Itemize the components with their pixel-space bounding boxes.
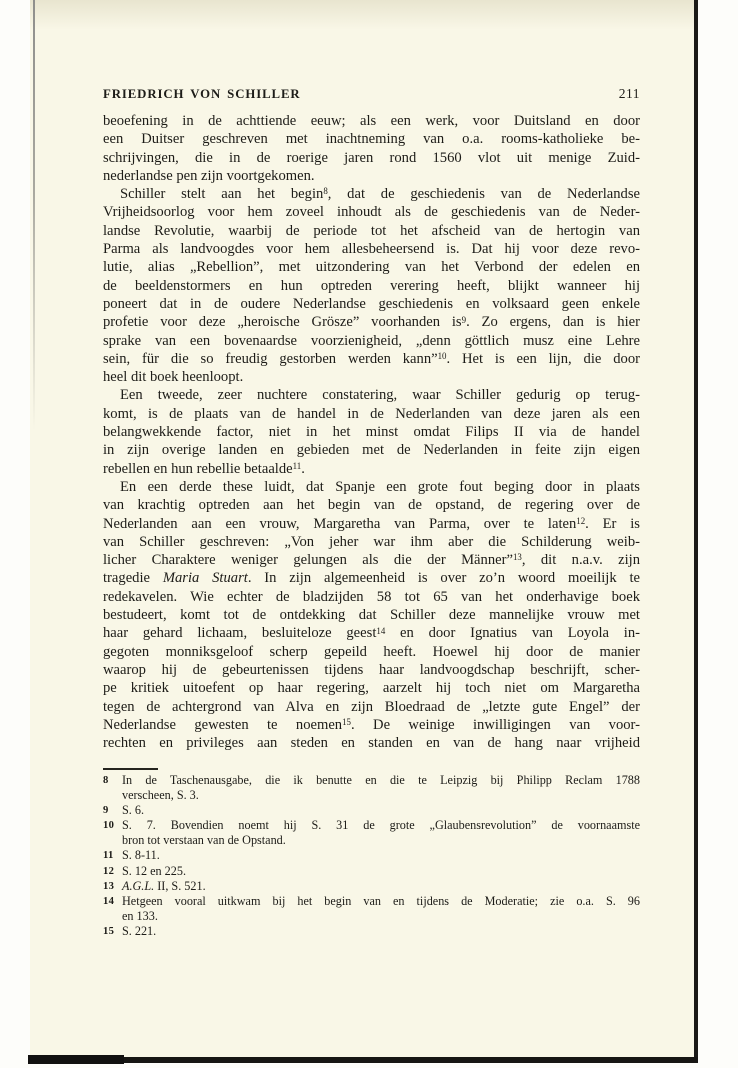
scanned-book-page: FRIEDRICH VON SCHILLER 211 beoefening in… bbox=[0, 0, 738, 1068]
footnote-text: S. 8-11. bbox=[122, 848, 640, 863]
text-line: de beeldenstormers en hun optreden verer… bbox=[103, 277, 640, 295]
scan-edge-bottom bbox=[28, 1057, 698, 1063]
footnote: 8In de Taschenausgabe, die ik benutte en… bbox=[103, 773, 640, 803]
footnote-number: 11 bbox=[103, 848, 122, 863]
text-line: En een derde these luidt, dat Spanje een… bbox=[103, 478, 640, 496]
text-line: landse Revolutie, waarbij de periode tot… bbox=[103, 222, 640, 240]
text-line: tegen de achtergrond van Alva en zijn Bl… bbox=[103, 698, 640, 716]
footnote-reference: 9 bbox=[462, 315, 466, 325]
text-line: komt, is de plaats van de handel in de N… bbox=[103, 405, 640, 423]
body-text: beoefening in de achttiende eeuw; als ee… bbox=[103, 112, 640, 752]
text-line: S. 6. bbox=[122, 803, 640, 818]
text-line: S. 221. bbox=[122, 924, 640, 939]
italic-title: Maria Stuart bbox=[163, 570, 248, 586]
body-paragraph: En een derde these luidt, dat Spanje een… bbox=[103, 478, 640, 752]
footnote-text: Hetgeen vooral uitkwam bij het begin van… bbox=[122, 894, 640, 924]
text-line: Nederlandse gewesten te noemen15. De wei… bbox=[103, 716, 640, 734]
page-number: 211 bbox=[619, 86, 640, 102]
footnote-number: 12 bbox=[103, 864, 122, 879]
text-line: rechten en privileges aan steden en stan… bbox=[103, 734, 640, 752]
footnotes-block: 8In de Taschenausgabe, die ik benutte en… bbox=[103, 773, 640, 939]
footnote: 10S. 7. Bovendien noemt hij S. 31 de gro… bbox=[103, 818, 640, 848]
text-line: en 133. bbox=[122, 909, 640, 924]
text-line: beoefening in de achttiende eeuw; als ee… bbox=[103, 112, 640, 130]
footnote-text: S. 12 en 225. bbox=[122, 864, 640, 879]
text-line: poneert dat in de oudere Nederlandse ges… bbox=[103, 295, 640, 313]
text-line: lutie, alias „Rebellion”, met uitzonderi… bbox=[103, 258, 640, 276]
text-line: in zijn overige landen en gebieden met d… bbox=[103, 441, 640, 459]
footnote-text: S. 221. bbox=[122, 924, 640, 939]
footnote-reference: 14 bbox=[376, 626, 385, 636]
text-line: S. 8-11. bbox=[122, 848, 640, 863]
text-line: redekavelen. Wie echter de bladzijden 58… bbox=[103, 588, 640, 606]
footnote: 13A.G.L. II, S. 521. bbox=[103, 879, 640, 894]
text-line: bestudeert, komt tot de ontdekking dat S… bbox=[103, 606, 640, 624]
text-line: licher Charaktere weniger gelungen als d… bbox=[103, 551, 640, 569]
footnote-reference: 8 bbox=[323, 186, 327, 196]
footnote-number: 9 bbox=[103, 803, 122, 818]
paper-sheet: FRIEDRICH VON SCHILLER 211 beoefening in… bbox=[30, 0, 698, 1063]
text-line: schrijvingen, die in de roerige jaren ro… bbox=[103, 149, 640, 167]
text-line: haar gehard lichaam, besluiteloze geest1… bbox=[103, 624, 640, 642]
footnote: 15S. 221. bbox=[103, 924, 640, 939]
text-line: Parma als landvoogdes voor hem allesbehe… bbox=[103, 240, 640, 258]
text-line: pe kritiek uitoefent op haar regering, a… bbox=[103, 679, 640, 697]
text-line: van krachtig optreden aan het begin van … bbox=[103, 496, 640, 514]
text-line: nederlandse pen zijn voortgekomen. bbox=[103, 167, 640, 185]
footnote: 14Hetgeen vooral uitkwam bij het begin v… bbox=[103, 894, 640, 924]
text-line: van Schiller geschreven: „Von jeher war … bbox=[103, 533, 640, 551]
footnote-number: 14 bbox=[103, 894, 122, 924]
text-line: belangwekkende factor, niet in het minst… bbox=[103, 423, 640, 441]
text-line: Een tweede, zeer nuchtere constatering, … bbox=[103, 386, 640, 404]
text-line: sein, für die so freudig gestorben werde… bbox=[103, 350, 640, 368]
text-line: sprake van een bovenaardse voorzienighei… bbox=[103, 332, 640, 350]
scan-edge-bottom-left bbox=[28, 1055, 124, 1064]
text-line: Vrijheidsoorlog voor hem zoveel inhoudt … bbox=[103, 203, 640, 221]
footnote-number: 15 bbox=[103, 924, 122, 939]
text-line: heel dit boek heenloopt. bbox=[103, 368, 640, 386]
running-header-title: FRIEDRICH VON SCHILLER bbox=[103, 87, 301, 102]
body-paragraph: beoefening in de achttiende eeuw; als ee… bbox=[103, 112, 640, 185]
body-paragraph: Schiller stelt aan het begin8, dat de ge… bbox=[103, 185, 640, 386]
italic-title: A.G.L. bbox=[122, 879, 154, 893]
text-line: S. 12 en 225. bbox=[122, 864, 640, 879]
body-paragraph: Een tweede, zeer nuchtere constatering, … bbox=[103, 386, 640, 477]
text-line: gegoten monniksgeloof scherp gepeild hee… bbox=[103, 643, 640, 661]
footnote-reference: 13 bbox=[513, 552, 522, 562]
footnote: 12S. 12 en 225. bbox=[103, 864, 640, 879]
text-line: profetie voor deze „heroische Grösze” vo… bbox=[103, 313, 640, 331]
footnote-number: 8 bbox=[103, 773, 122, 803]
text-line: S. 7. Bovendien noemt hij S. 31 de grote… bbox=[122, 818, 640, 833]
text-line: verscheen, S. 3. bbox=[122, 788, 640, 803]
text-line: bron tot verstaan van de Opstand. bbox=[122, 833, 640, 848]
text-line: In de Taschenausgabe, die ik benutte en … bbox=[122, 773, 640, 788]
text-line: Hetgeen vooral uitkwam bij het begin van… bbox=[122, 894, 640, 909]
footnote-separator-rule bbox=[103, 768, 158, 770]
scan-edge-left bbox=[33, 0, 35, 430]
text-line: Nederlanden aan een vrouw, Margaretha va… bbox=[103, 515, 640, 533]
text-line: tragedie Maria Stuart. In zijn algemeenh… bbox=[103, 569, 640, 587]
text-line: A.G.L. II, S. 521. bbox=[122, 879, 640, 894]
text-line: een Duitser geschreven met inachtneming … bbox=[103, 130, 640, 148]
footnote-reference: 11 bbox=[293, 461, 302, 471]
footnote-text: In de Taschenausgabe, die ik benutte en … bbox=[122, 773, 640, 803]
footnote-text: S. 6. bbox=[122, 803, 640, 818]
text-line: rebellen en hun rebellie betaalde11. bbox=[103, 460, 640, 478]
footnote-number: 10 bbox=[103, 818, 122, 848]
footnote-text: A.G.L. II, S. 521. bbox=[122, 879, 640, 894]
footnote: 9S. 6. bbox=[103, 803, 640, 818]
running-header: FRIEDRICH VON SCHILLER 211 bbox=[103, 86, 640, 102]
footnote-text: S. 7. Bovendien noemt hij S. 31 de grote… bbox=[122, 818, 640, 848]
scan-edge-right bbox=[694, 0, 698, 1063]
text-line: Schiller stelt aan het begin8, dat de ge… bbox=[103, 185, 640, 203]
footnote-reference: 12 bbox=[576, 516, 585, 526]
footnote-reference: 10 bbox=[438, 351, 447, 361]
text-line: waarop hij de gebeurtenissen tijdens haa… bbox=[103, 661, 640, 679]
footnote: 11S. 8-11. bbox=[103, 848, 640, 863]
footnote-reference: 15 bbox=[342, 717, 351, 727]
footnote-number: 13 bbox=[103, 879, 122, 894]
